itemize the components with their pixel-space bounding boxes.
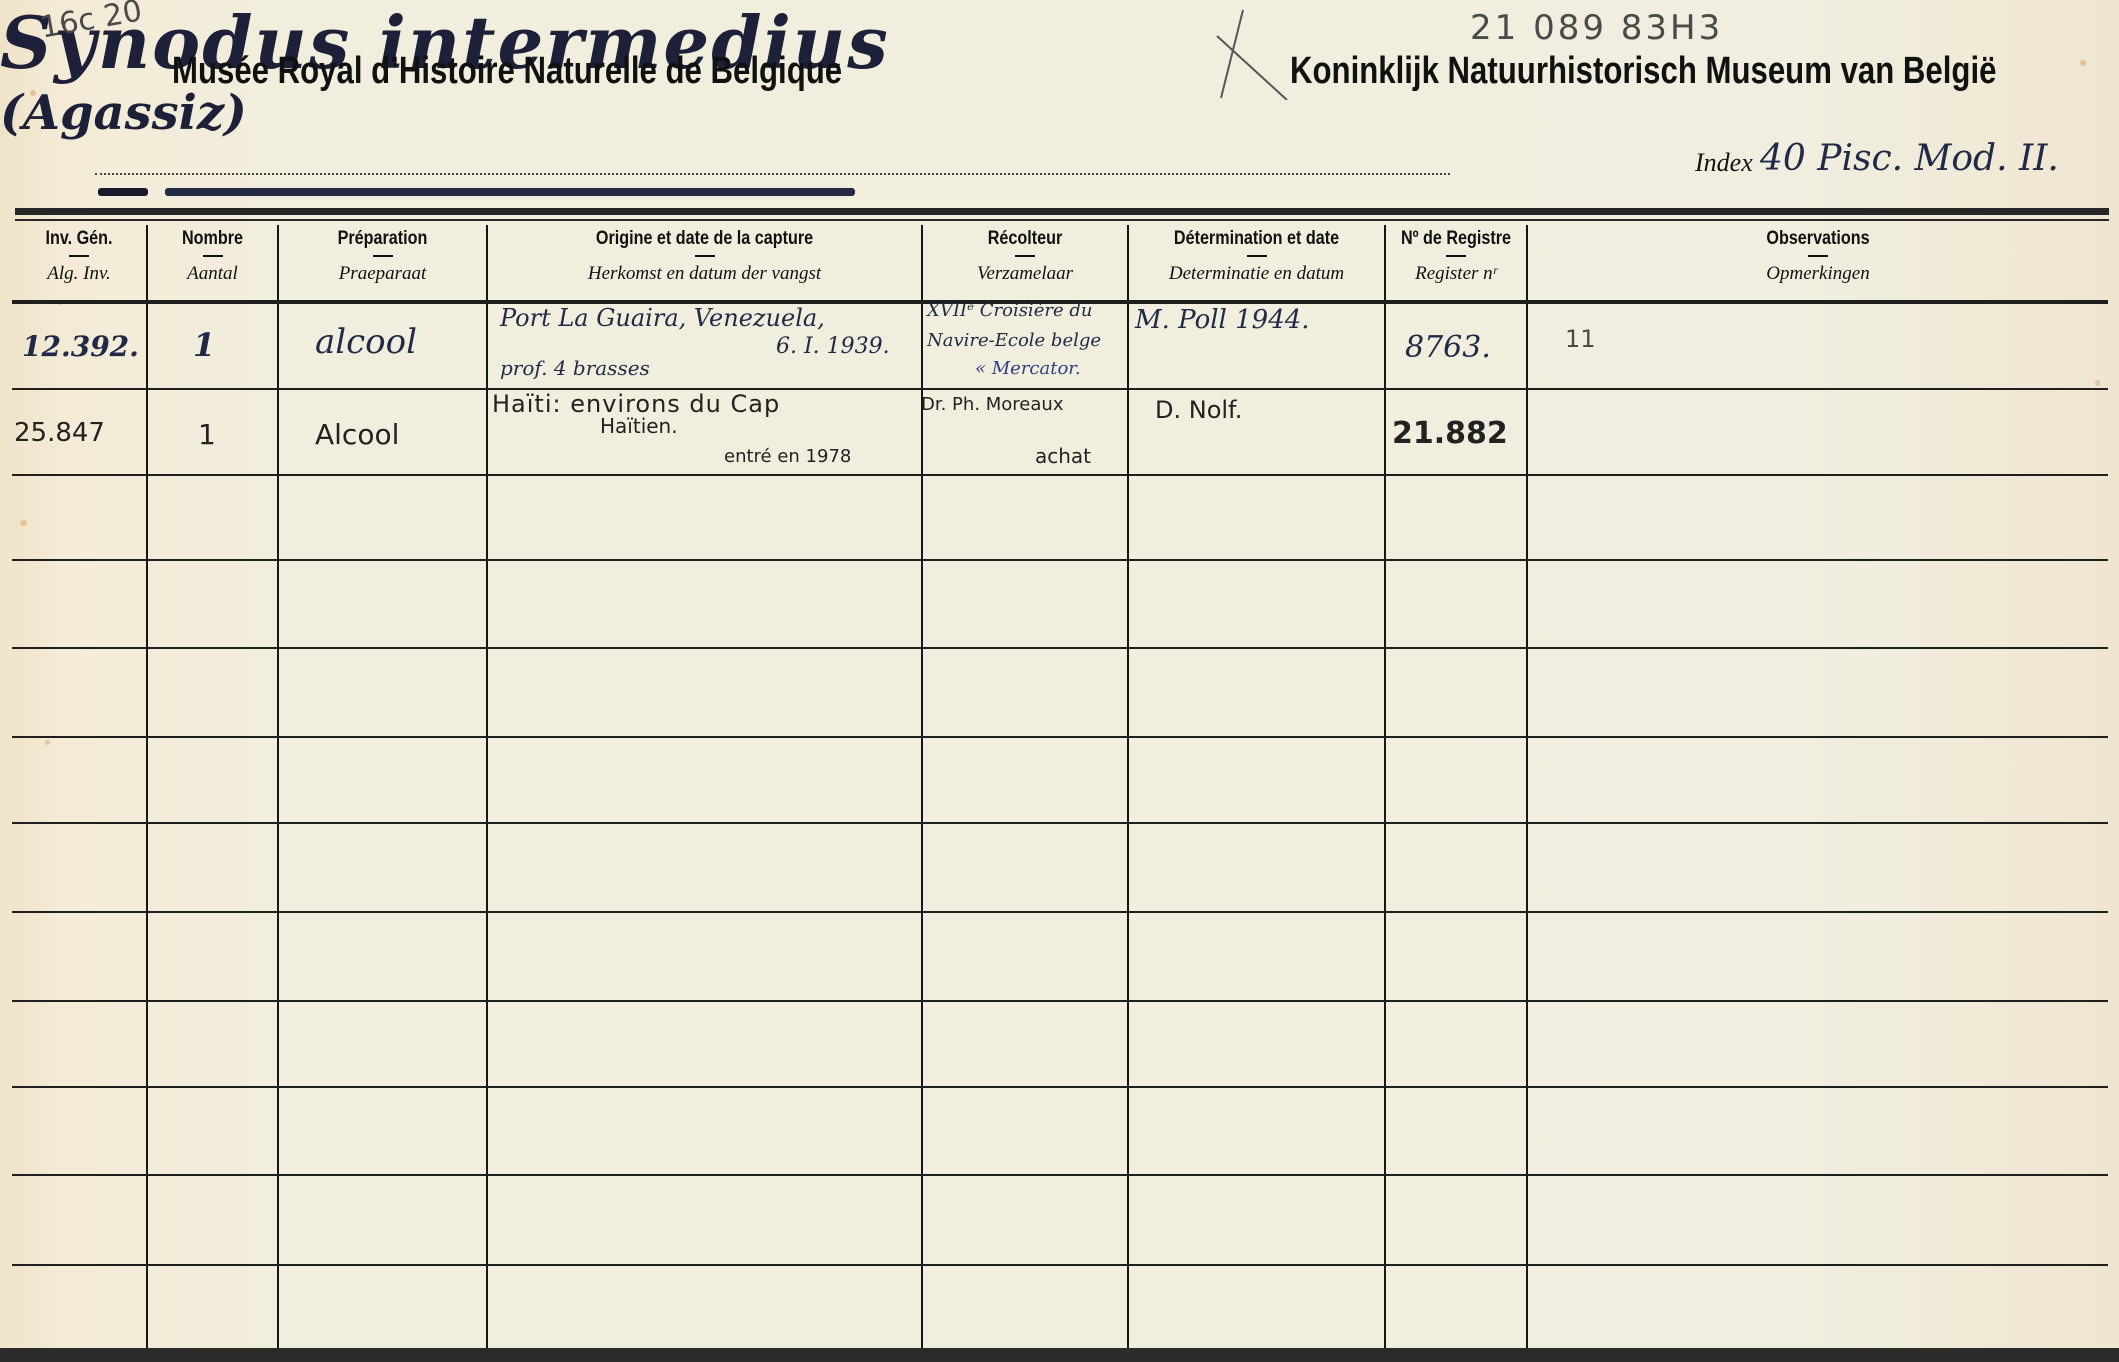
collector-line: « Mercator. <box>975 358 1081 379</box>
row-rule <box>12 736 2108 738</box>
entry-date: entré en 1978 <box>724 446 851 467</box>
index-value: 40 Pisc. Mod. II. <box>1760 138 2059 179</box>
cross-mark-icon <box>1215 8 1295 100</box>
observation-mark: 11 <box>1565 325 1596 353</box>
origin-line: Port La Guaira, Venezuela, <box>500 304 825 332</box>
inv-number: 12.392. <box>22 330 139 363</box>
register-number: 8763. <box>1405 330 1491 365</box>
column-divider <box>1127 225 1129 1350</box>
column-header-determination: Détermination et dateDeterminatie en dat… <box>1129 228 1384 300</box>
capture-date: 6. I. 1939. <box>776 334 890 359</box>
acquisition-method: achat <box>1035 444 1091 468</box>
row-rule <box>12 388 2108 390</box>
index-label: Index <box>1695 148 1753 178</box>
foxing-spot <box>2080 60 2086 66</box>
row-rule <box>12 822 2108 824</box>
column-header-collector: RécolteurVerzamelaar <box>923 228 1127 300</box>
row-rule <box>12 1086 2108 1088</box>
header-rule-thin <box>15 219 2109 221</box>
column-divider <box>277 225 279 1350</box>
column-header-inv: Inv. Gén.Alg. Inv. <box>12 228 146 300</box>
specimen-record-card: 16c 20 21 089 83H3 Musée Royal d’Histoir… <box>0 0 2119 1350</box>
foxing-spot <box>2095 380 2100 386</box>
determination: M. Poll 1944. <box>1135 305 1310 335</box>
header-rule <box>15 208 2109 215</box>
row-rule <box>12 474 2108 476</box>
origin-line: Haïtien. <box>600 414 678 438</box>
column-divider <box>1384 225 1386 1350</box>
scan-bottom-edge <box>0 1348 2119 1362</box>
collector-line: Navire-Ecole belge <box>927 330 1101 351</box>
register-number: 21.882 <box>1392 416 1508 451</box>
foxing-spot <box>20 520 27 526</box>
foxing-spot <box>30 90 36 96</box>
collector-line: Dr. Ph. Moreaux <box>921 394 1063 415</box>
accession-number: 21 089 83H3 <box>1470 8 1723 48</box>
column-header-observations: ObservationsOpmerkingen <box>1528 228 2108 300</box>
row-rule <box>12 647 2108 649</box>
column-header-origin: Origine et date de la captureHerkomst en… <box>488 228 921 300</box>
row-rule <box>12 1264 2108 1266</box>
foxing-spot <box>45 740 50 745</box>
specimen-count: 1 <box>198 418 216 451</box>
column-divider <box>1526 225 1528 1350</box>
specimen-count: 1 <box>193 326 215 364</box>
species-underline <box>165 188 855 196</box>
determination: D. Nolf. <box>1155 396 1242 424</box>
column-divider <box>486 225 488 1350</box>
species-dotted-line <box>95 173 1450 175</box>
museum-title-fr: Musée Royal d’Histoire Naturelle de Belg… <box>172 50 842 93</box>
row-rule <box>12 559 2108 561</box>
row-rule <box>12 1174 2108 1176</box>
preparation: Alcool <box>315 418 399 451</box>
collector-line: XVIIᵉ Croisière du <box>927 300 1092 321</box>
preparation: alcool <box>315 322 417 362</box>
museum-title-nl: Koninklijk Natuurhistorisch Museum van B… <box>1290 50 1996 93</box>
origin-depth: prof. 4 brasses <box>500 356 650 380</box>
column-header-count: NombreAantal <box>148 228 277 300</box>
species-author: (Agassiz) <box>0 85 2119 141</box>
inv-number: 25.847 <box>14 418 105 448</box>
row-rule <box>12 1000 2108 1002</box>
column-divider <box>146 225 148 1350</box>
row-rule <box>12 911 2108 913</box>
column-header-register: Nº de RegistreRegister nʳ <box>1386 228 1526 300</box>
species-underline <box>98 188 148 196</box>
column-header-preparation: PréparationPraeparaat <box>279 228 486 300</box>
